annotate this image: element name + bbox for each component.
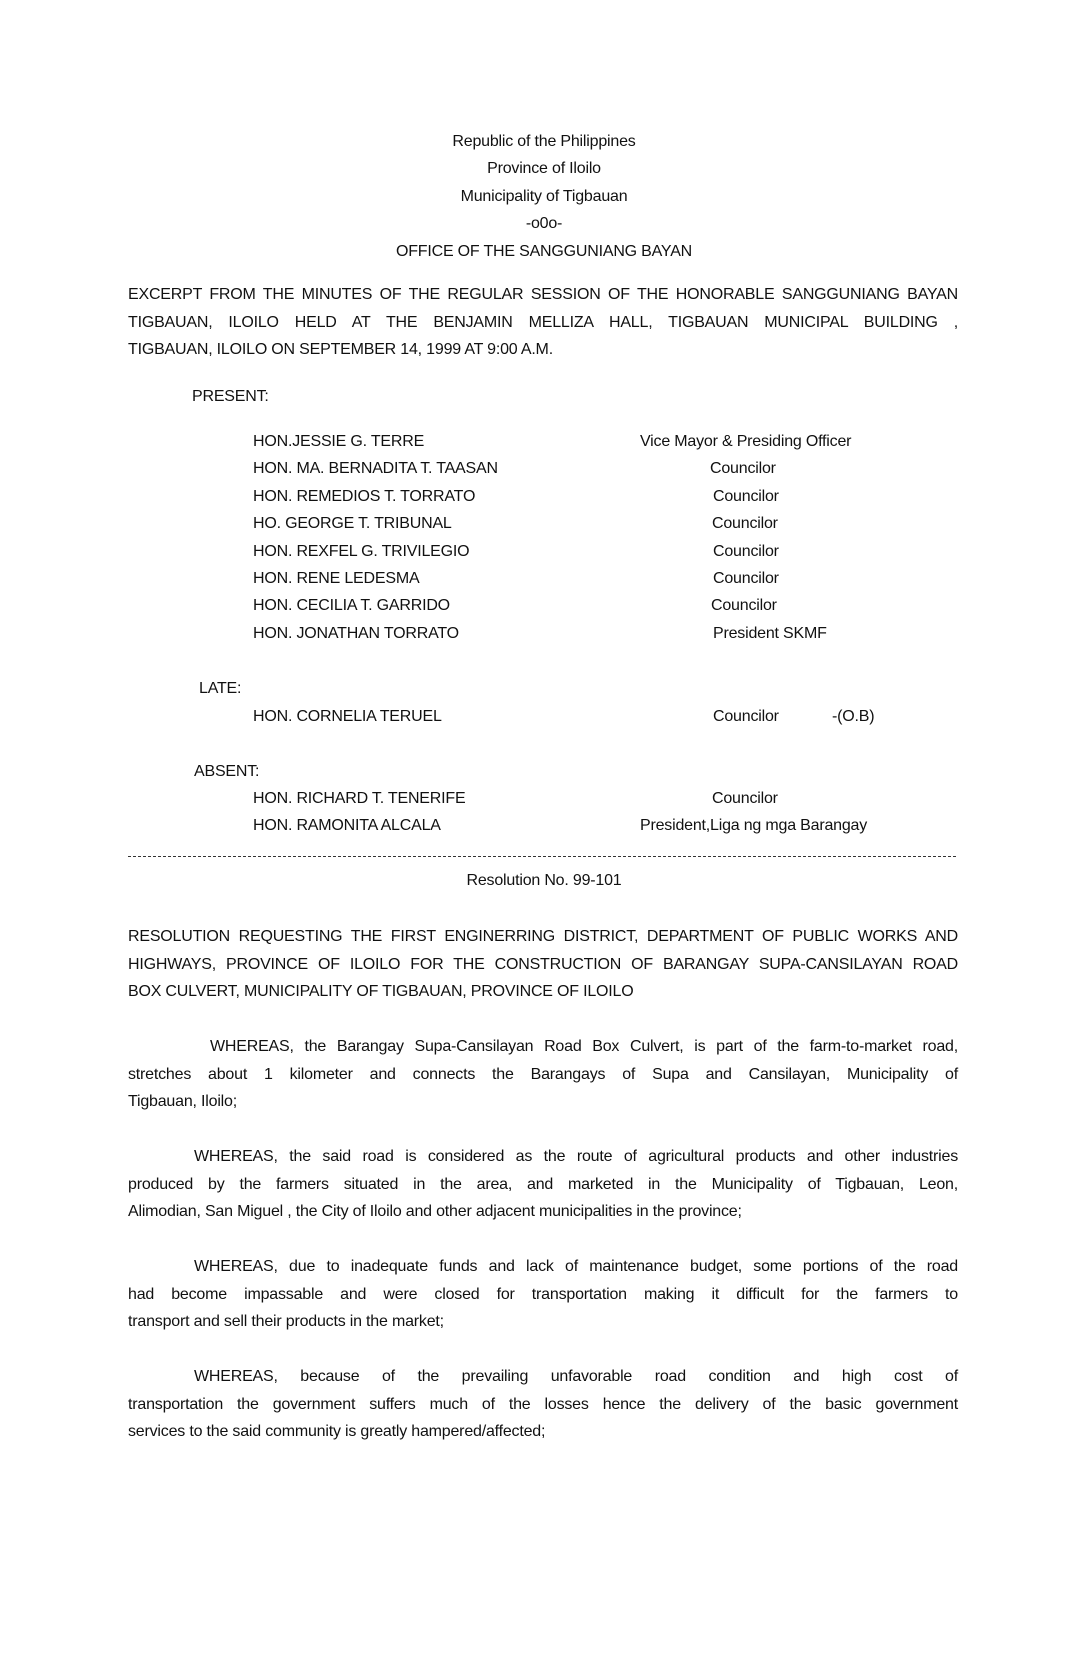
resolution-title-line: RESOLUTION REQUESTING THE FIRST ENGINERR…	[128, 923, 958, 951]
late-attendee-note: -(O.B)	[832, 707, 874, 727]
absent-label: ABSENT:	[194, 762, 259, 782]
whereas-line: Alimodian, San Miguel , the City of Iloi…	[128, 1198, 958, 1226]
header-municipality: Municipality of Tigbauan	[0, 187, 1088, 207]
whereas-clause-2: WHEREAS, the said road is considered as …	[128, 1143, 958, 1226]
late-label: LATE:	[199, 679, 241, 699]
absent-role: Councilor	[712, 789, 778, 809]
whereas-clause-1: WHEREAS, the Barangay Supa-Cansilayan Ro…	[128, 1033, 958, 1116]
excerpt-line: TIGBAUAN, ILOILO ON SEPTEMBER 14, 1999 A…	[128, 336, 958, 364]
late-attendee-name: HON. CORNELIA TERUEL	[253, 707, 442, 727]
document-page: Republic of the Philippines Province of …	[0, 0, 1088, 1664]
resolution-number: Resolution No. 99-101	[0, 871, 1088, 891]
attendee-name: HON. MA. BERNADITA T. TAASAN	[253, 459, 498, 479]
whereas-line: transport and sell their products in the…	[128, 1308, 958, 1336]
whereas-line: services to the said community is greatl…	[128, 1418, 958, 1446]
whereas-line: had become impassable and were closed fo…	[128, 1281, 958, 1309]
attendee-role: Councilor	[712, 514, 778, 534]
header-office: OFFICE OF THE SANGGUNIANG BAYAN	[0, 242, 1088, 262]
whereas-line: transportation the government suffers mu…	[128, 1391, 958, 1419]
attendee-name: HON. REMEDIOS T. TORRATO	[253, 487, 475, 507]
attendee-role: Councilor	[710, 459, 776, 479]
attendee-name: HO. GEORGE T. TRIBUNAL	[253, 514, 452, 534]
whereas-line: Tigbauan, Iloilo;	[128, 1088, 958, 1116]
attendee-name: HON. CECILIA T. GARRIDO	[253, 596, 450, 616]
excerpt-line: TIGBAUAN, ILOILO HELD AT THE BENJAMIN ME…	[128, 309, 958, 337]
attendee-role: Vice Mayor & Presiding Officer	[640, 432, 851, 452]
attendee-role: President SKMF	[713, 624, 827, 644]
whereas-clause-4: WHEREAS, because of the prevailing unfav…	[128, 1363, 958, 1446]
attendee-role: Councilor	[713, 487, 779, 507]
whereas-line: WHEREAS, because of the prevailing unfav…	[128, 1363, 958, 1391]
absent-name: HON. RAMONITA ALCALA	[253, 816, 441, 836]
present-label: PRESENT:	[192, 387, 269, 407]
header-province: Province of Iloilo	[0, 159, 1088, 179]
attendee-role: Councilor	[713, 542, 779, 562]
attendee-name: HON. JONATHAN TORRATO	[253, 624, 459, 644]
whereas-line: WHEREAS, the Barangay Supa-Cansilayan Ro…	[128, 1033, 958, 1061]
header-separator: -o0o-	[0, 214, 1088, 234]
absent-name: HON. RICHARD T. TENERIFE	[253, 789, 465, 809]
whereas-line: WHEREAS, the said road is considered as …	[128, 1143, 958, 1171]
dashed-divider	[128, 856, 956, 857]
resolution-title-line: BOX CULVERT, MUNICIPALITY OF TIGBAUAN, P…	[128, 978, 958, 1006]
excerpt-line: EXCERPT FROM THE MINUTES OF THE REGULAR …	[128, 281, 958, 309]
header-republic: Republic of the Philippines	[0, 132, 1088, 152]
whereas-line: WHEREAS, due to inadequate funds and lac…	[128, 1253, 958, 1281]
attendee-name: HON. RENE LEDESMA	[253, 569, 419, 589]
whereas-line: produced by the farmers situated in the …	[128, 1171, 958, 1199]
attendee-name: HON.JESSIE G. TERRE	[253, 432, 424, 452]
resolution-title-line: HIGHWAYS, PROVINCE OF ILOILO FOR THE CON…	[128, 951, 958, 979]
late-attendee-role: Councilor	[713, 707, 779, 727]
whereas-line: stretches about 1 kilometer and connects…	[128, 1061, 958, 1089]
attendee-role: Councilor	[711, 596, 777, 616]
resolution-title: RESOLUTION REQUESTING THE FIRST ENGINERR…	[128, 923, 958, 1006]
absent-role: President,Liga ng mga Barangay	[640, 816, 867, 836]
attendee-role: Councilor	[713, 569, 779, 589]
attendee-name: HON. REXFEL G. TRIVILEGIO	[253, 542, 469, 562]
whereas-clause-3: WHEREAS, due to inadequate funds and lac…	[128, 1253, 958, 1336]
excerpt-paragraph: EXCERPT FROM THE MINUTES OF THE REGULAR …	[128, 281, 958, 364]
